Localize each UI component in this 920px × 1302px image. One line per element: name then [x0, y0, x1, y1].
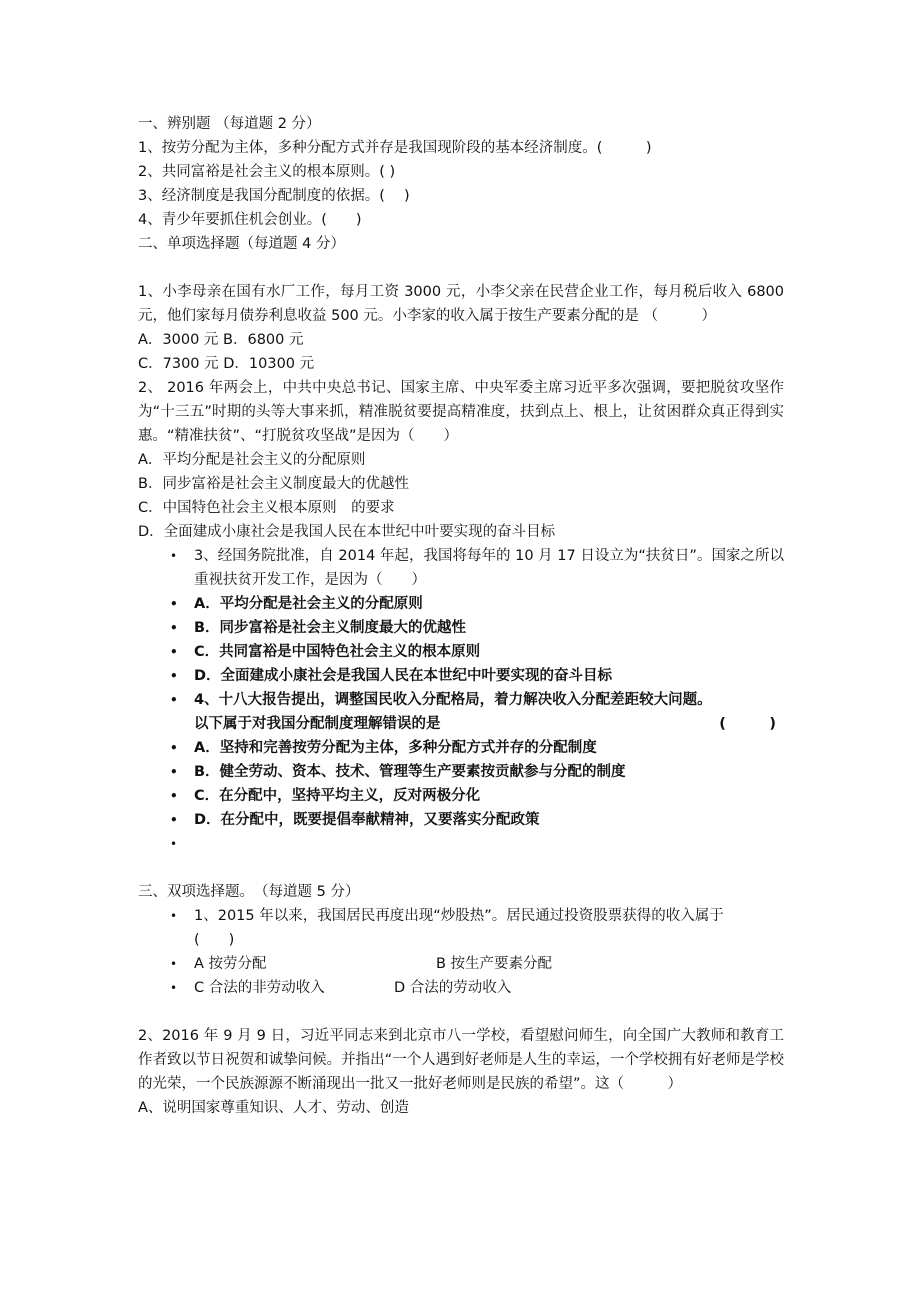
question-stem: 2、 2016 年两会上，中共中央总书记、国家主席、中央军委主席习近平多次强调，…	[138, 376, 784, 448]
answer-paren: ( )	[194, 928, 784, 952]
question-stem: 2、2016 年 9 月 9 日，习近平同志来到北京市八一学校，看望慰问师生，向…	[138, 1024, 784, 1096]
answer-paren: ( )	[719, 712, 776, 736]
bullet-option: B．同步富裕是社会主义制度最大的优越性	[194, 616, 784, 640]
bullet-question-stem: 3、经国务院批准，自 2014 年起，我国将每年的 10 月 17 日设立为“扶…	[194, 544, 784, 592]
section-heading: 三、双项选择题。 （每道题 5 分）	[138, 880, 784, 904]
option-d: D 合法的劳动收入	[394, 976, 511, 1000]
bullet-option-row: C 合法的非劳动收入 D 合法的劳动收入	[194, 976, 784, 1000]
bullet-question-stem: 1、2015 年以来，我国居民再度出现“炒股热”。居民通过投资股票获得的收入属于…	[194, 904, 784, 952]
bullet-option-row: A 按劳分配 B 按生产要素分配	[194, 952, 784, 976]
judgment-item: 4、青少年要抓住机会创业。( )	[138, 208, 784, 232]
option-c: C 合法的非劳动收入	[194, 976, 394, 1000]
judgment-item: 2、共同富裕是社会主义的根本原则。( )	[138, 160, 784, 184]
option-line: C．7300 元 D．10300 元	[138, 352, 784, 376]
stem-line-1: 4、十八大报告提出，调整国民收入分配格局，着力解决收入分配差距较大问题。	[194, 688, 784, 712]
stem-line-2: 以下属于对我国分配制度理解错误的是 ( )	[194, 712, 784, 736]
bullet-option: D．全面建成小康社会是我国人民在本世纪中叶要实现的奋斗目标	[194, 664, 784, 688]
spacer	[138, 1000, 784, 1024]
option-line: B．同步富裕是社会主义制度最大的优越性	[138, 472, 784, 496]
option-line: D．全面建成小康社会是我国人民在本世纪中叶要实现的奋斗目标	[138, 520, 784, 544]
bullet-question-stem: 4、十八大报告提出，调整国民收入分配格局，着力解决收入分配差距较大问题。 以下属…	[194, 688, 784, 736]
document-page: 一、辨别题 （每道题 2 分） 1、按劳分配为主体，多种分配方式并存是我国现阶段…	[138, 112, 784, 1120]
bullet-option: A．坚持和完善按劳分配为主体，多种分配方式并存的分配制度	[194, 736, 784, 760]
stem-text: 1、2015 年以来，我国居民再度出现“炒股热”。居民通过投资股票获得的收入属于	[194, 904, 784, 928]
section-heading: 一、辨别题 （每道题 2 分）	[138, 112, 784, 136]
bullet-option: A．平均分配是社会主义的分配原则	[194, 592, 784, 616]
bullet-option: B．健全劳动、资本、技术、管理等生产要素按贡献参与分配的制度	[194, 760, 784, 784]
option-line: A．3000 元 B．6800 元	[138, 328, 784, 352]
bullet-option: C．共同富裕是中国特色社会主义的根本原则	[194, 640, 784, 664]
bullet-option: D．在分配中，既要提倡奉献精神，又要落实分配政策	[194, 808, 784, 832]
bullet-option: C．在分配中，坚持平均主义，反对两极分化	[194, 784, 784, 808]
spacer	[138, 256, 784, 280]
option-a: A 按劳分配	[194, 952, 436, 976]
option-line: C．中国特色社会主义根本原则 的要求	[138, 496, 784, 520]
judgment-item: 1、按劳分配为主体，多种分配方式并存是我国现阶段的基本经济制度。( )	[138, 136, 784, 160]
spacer	[138, 856, 784, 880]
option-b: B 按生产要素分配	[436, 952, 552, 976]
option-line: A．平均分配是社会主义的分配原则	[138, 448, 784, 472]
option-line: A、说明国家尊重知识、人才、劳动、创造	[138, 1096, 784, 1120]
stem-text: 以下属于对我国分配制度理解错误的是	[194, 712, 441, 736]
empty-bullet	[194, 832, 784, 856]
judgment-item: 3、经济制度是我国分配制度的依据。( )	[138, 184, 784, 208]
section-heading: 二、单项选择题（每道题 4 分）	[138, 232, 784, 256]
question-stem: 1、小李母亲在国有水厂工作，每月工资 3000 元，小李父亲在民营企业工作，每月…	[138, 280, 784, 328]
